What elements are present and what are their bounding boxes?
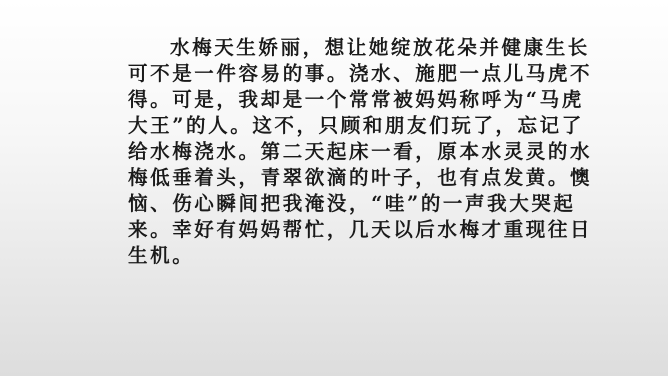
paragraph-line-3: 得。可是，我却是一个常常被妈妈称呼为“马虎 xyxy=(128,87,544,113)
paragraph-line-2: 可不是一件容易的事。浇水、施肥一点儿马虎不 xyxy=(128,61,544,87)
paragraph-line-5: 给水梅浇水。第二天起床一看，原本水灵灵的水 xyxy=(128,139,544,165)
paragraph-line-1: 水梅天生娇丽，想让她绽放花朵并健康生长 xyxy=(128,35,544,61)
paragraph-line-4: 大王”的人。这不，只顾和朋友们玩了，忘记了 xyxy=(128,113,544,139)
paragraph-line-8: 来。幸好有妈妈帮忙，几天以后水梅才重现往日 xyxy=(128,217,544,243)
paragraph-line-9: 生机。 xyxy=(128,243,544,269)
story-paragraph: 水梅天生娇丽，想让她绽放花朵并健康生长 可不是一件容易的事。浇水、施肥一点儿马虎… xyxy=(128,35,544,269)
slide: 水梅天生娇丽，想让她绽放花朵并健康生长 可不是一件容易的事。浇水、施肥一点儿马虎… xyxy=(0,0,668,376)
paragraph-line-7: 恼、伤心瞬间把我淹没，“哇”的一声我大哭起 xyxy=(128,191,544,217)
paragraph-line-6: 梅低垂着头，青翠欲滴的叶子，也有点发黄。懊 xyxy=(128,165,544,191)
